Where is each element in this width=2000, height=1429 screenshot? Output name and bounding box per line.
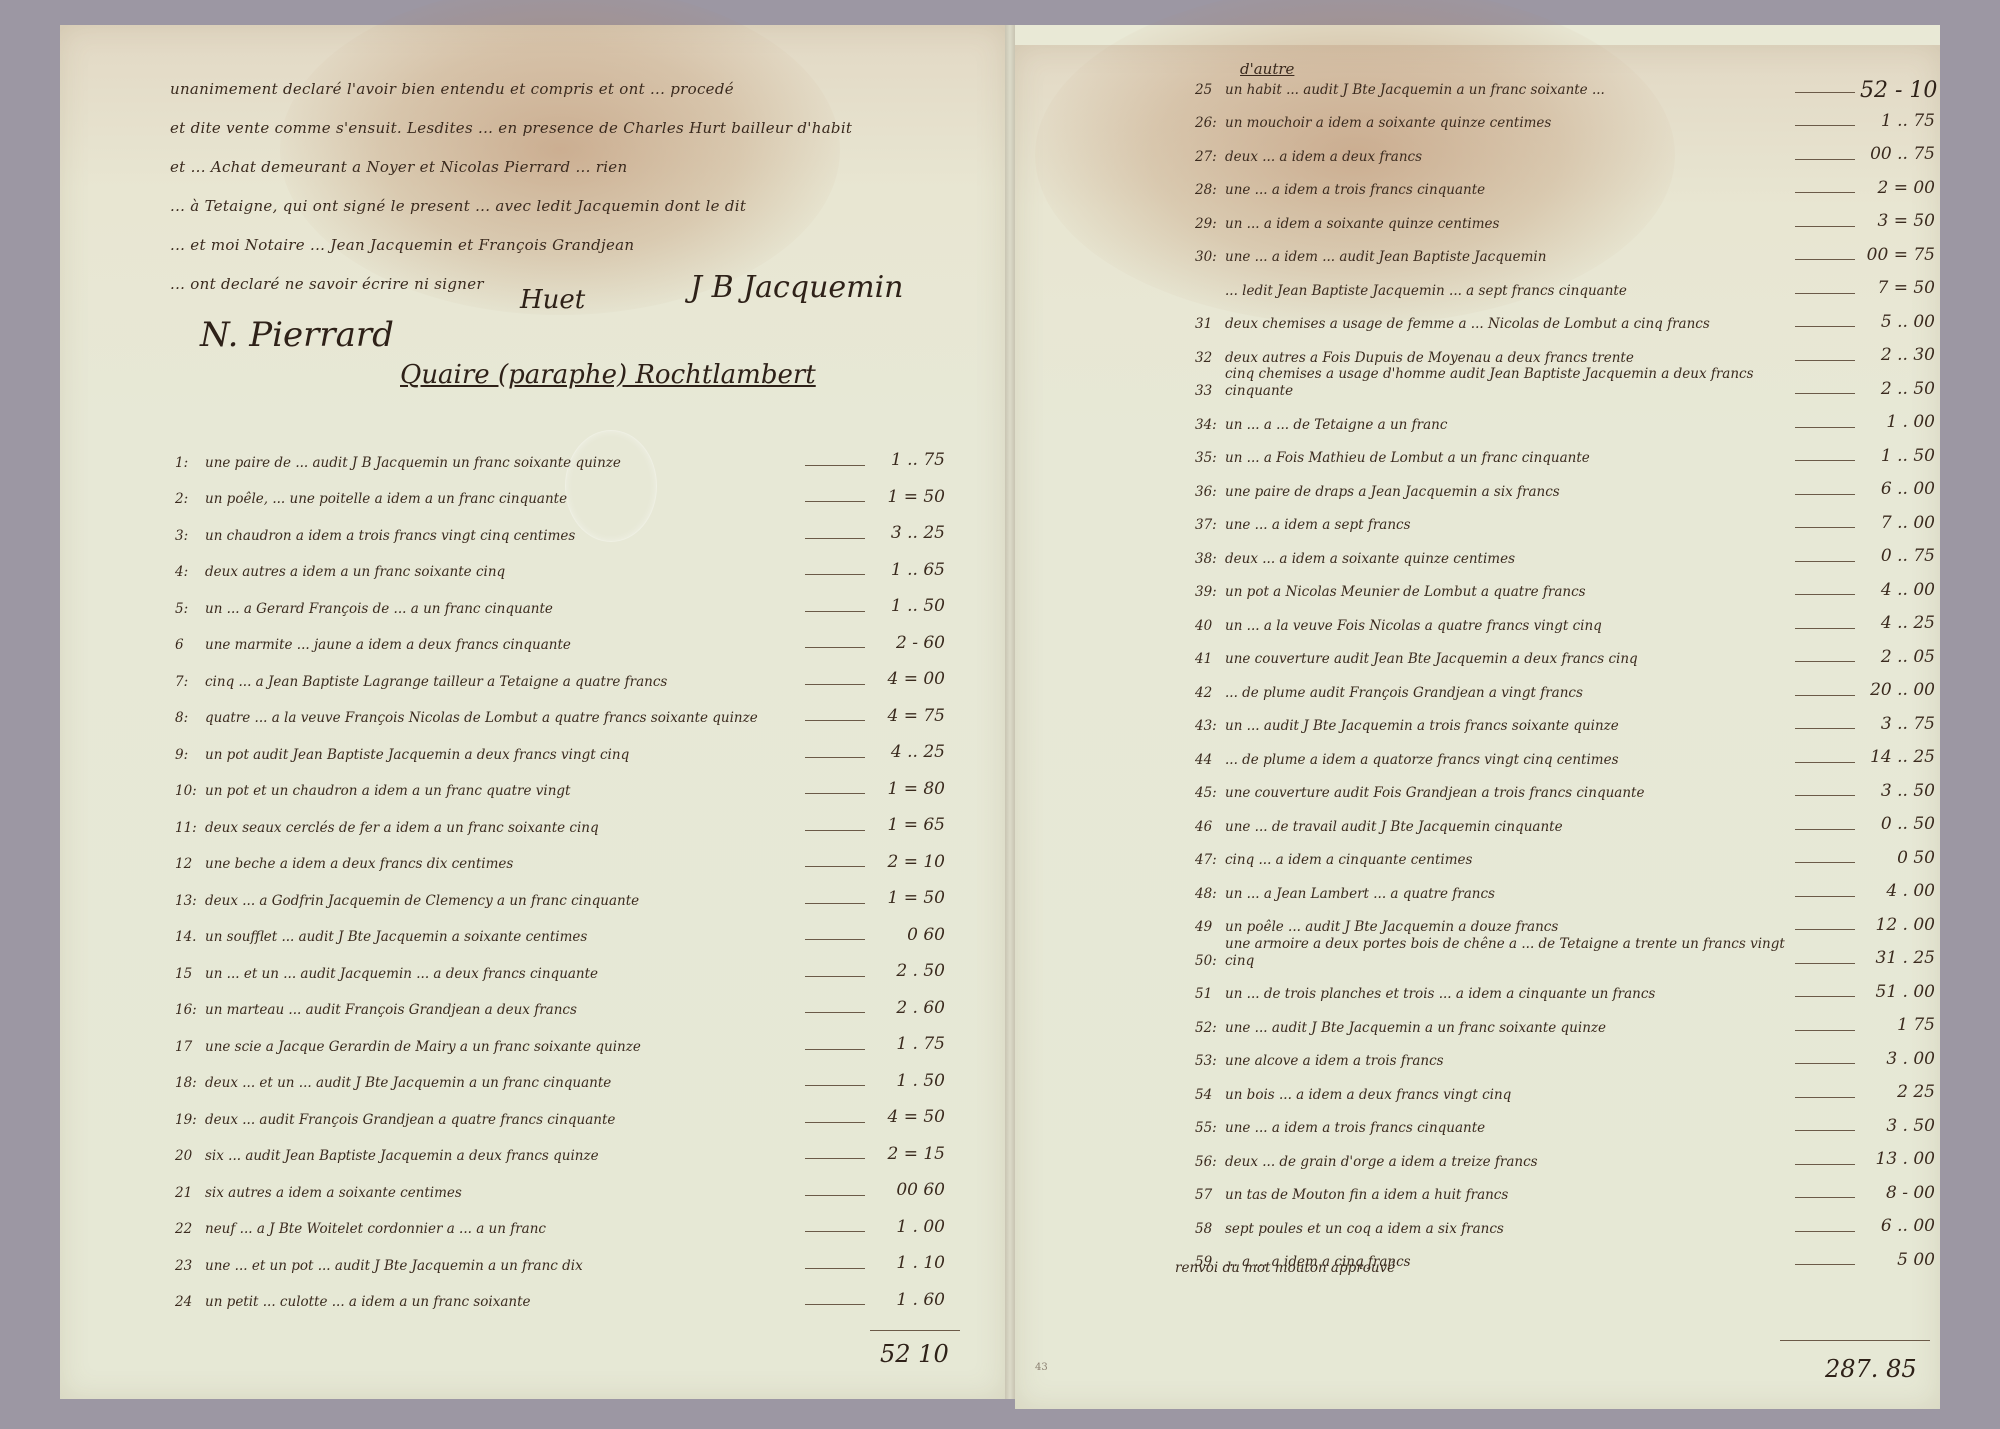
item-number: 2: (175, 491, 205, 508)
inventory-row: 37:une ... a idem a sept francs7 .. 00 (1195, 501, 1935, 535)
leader-line (1795, 393, 1855, 394)
item-description: deux ... a idem a deux francs (1225, 149, 1795, 166)
item-description: un ... de trois planches et trois ... a … (1225, 986, 1795, 1003)
item-description: six autres a idem a soixante centimes (205, 1185, 805, 1202)
item-amount: 1 = 65 (875, 815, 945, 836)
inventory-row: 47:cinq ... a idem a cinquante centimes0… (1195, 836, 1935, 870)
item-amount: 51 . 00 (1865, 982, 1935, 1003)
inventory-row: 57un tas de Mouton fin a idem a huit fra… (1195, 1171, 1935, 1205)
leader-line (1795, 1063, 1855, 1064)
item-number: 30: (1195, 249, 1225, 266)
inventory-row: 10:un pot et un chaudron a idem a un fra… (175, 764, 945, 801)
inventory-row: 5:un ... a Gerard François de ... a un f… (175, 581, 945, 618)
item-amount: 2 25 (1865, 1082, 1935, 1103)
inventory-row: 41une couverture audit Jean Bte Jacquemi… (1195, 635, 1935, 669)
leader-line (805, 684, 865, 685)
inventory-row: 9:un pot audit Jean Baptiste Jacquemin a… (175, 727, 945, 764)
item-description: six ... audit Jean Baptiste Jacquemin a … (205, 1148, 805, 1165)
item-amount: 0 .. 50 (1865, 814, 1935, 835)
item-description: deux seaux cerclés de fer a idem a un fr… (205, 820, 805, 837)
item-amount: 1 .. 75 (1865, 111, 1935, 132)
item-description: deux ... et un ... audit J Bte Jacquemin… (205, 1075, 805, 1092)
leader-line (805, 1158, 865, 1159)
item-description: un ... audit J Bte Jacquemin a trois fra… (1225, 718, 1795, 735)
item-description: deux ... a idem a soixante quinze centim… (1225, 551, 1795, 568)
inventory-row: 25un habit ... audit J Bte Jacquemin a u… (1195, 65, 1935, 99)
item-amount: 7 .. 00 (1865, 513, 1935, 534)
leader-line (805, 1122, 865, 1123)
item-amount: 00 60 (875, 1180, 945, 1201)
item-number: 33 (1195, 383, 1225, 400)
inventory-row: 23une ... et un pot ... audit J Bte Jacq… (175, 1238, 945, 1275)
inventory-row: 29:un ... a idem a soixante quinze centi… (1195, 199, 1935, 233)
item-number: 19: (175, 1112, 205, 1129)
inventory-row: 14.un soufflet ... audit J Bte Jacquemin… (175, 910, 945, 947)
inventory-row: 56:deux ... de grain d'orge a idem a tre… (1195, 1137, 1935, 1171)
item-amount: 2 = 10 (875, 852, 945, 873)
item-description: ... ledit Jean Baptiste Jacquemin ... a … (1225, 283, 1795, 300)
signature-jacquemin: J B Jacquemin (690, 270, 904, 305)
item-number: 37: (1195, 517, 1225, 534)
leader-line (1795, 896, 1855, 897)
item-number: 13: (175, 893, 205, 910)
item-description: quatre ... a la veuve François Nicolas d… (205, 710, 805, 727)
item-description: une paire de ... audit J B Jacquemin un … (205, 455, 805, 472)
item-amount: 00 = 75 (1865, 245, 1935, 266)
item-number: 10: (175, 783, 205, 800)
item-description: ... de plume audit François Grandjean a … (1225, 685, 1795, 702)
inventory-row: 1:une paire de ... audit J B Jacquemin u… (175, 435, 945, 472)
item-amount: 2 - 60 (875, 633, 945, 654)
leader-line (805, 866, 865, 867)
preamble-line: ... et moi Notaire ... Jean Jacquemin et… (170, 226, 930, 265)
item-description: une couverture audit Jean Bte Jacquemin … (1225, 651, 1795, 668)
item-description: un ... a Fois Mathieu de Lombut a un fra… (1225, 450, 1795, 467)
inventory-row: 8:quatre ... a la veuve François Nicolas… (175, 691, 945, 728)
item-description: une scie a Jacque Gerardin de Mairy a un… (205, 1039, 805, 1056)
preamble-line: unanimement declaré l'avoir bien entendu… (170, 70, 930, 109)
item-description: un pot et un chaudron a idem a un franc … (205, 783, 805, 800)
item-amount: 3 . 00 (1865, 1049, 1935, 1070)
inventory-row: 12une beche a idem a deux francs dix cen… (175, 837, 945, 874)
item-amount: 3 .. 25 (875, 523, 945, 544)
item-amount: 2 = 15 (875, 1144, 945, 1165)
item-description: une ... a idem a trois francs cinquante (1225, 182, 1795, 199)
item-amount: 14 .. 25 (1865, 747, 1935, 768)
item-amount: 1 = 50 (875, 888, 945, 909)
inventory-row: 21six autres a idem a soixante centimes0… (175, 1165, 945, 1202)
item-description: un petit ... culotte ... a idem a un fra… (205, 1294, 805, 1311)
item-amount: 0 50 (1865, 848, 1935, 869)
item-amount: 4 = 75 (875, 706, 945, 727)
item-amount: 31 . 25 (1865, 948, 1935, 969)
item-number: 38: (1195, 551, 1225, 568)
item-number: 24 (175, 1294, 205, 1311)
item-number: 36: (1195, 484, 1225, 501)
item-number: 4: (175, 564, 205, 581)
item-number: 57 (1195, 1187, 1225, 1204)
inventory-row: 54un bois ... a idem a deux francs vingt… (1195, 1070, 1935, 1104)
item-number: 28: (1195, 182, 1225, 199)
item-amount: 4 = 00 (875, 669, 945, 690)
leader-line (1795, 1197, 1855, 1198)
leader-line (1795, 963, 1855, 964)
inventory-row: 52:une ... audit J Bte Jacquemin a un fr… (1195, 1003, 1935, 1037)
inventory-row: 18:deux ... et un ... audit J Bte Jacque… (175, 1056, 945, 1093)
item-description: deux chemises a usage de femme a ... Nic… (1225, 316, 1795, 333)
leader-line (1795, 259, 1855, 260)
leader-line (1795, 762, 1855, 763)
leader-line (1795, 125, 1855, 126)
item-number: 44 (1195, 752, 1225, 769)
inventory-row: 33cinq chemises a usage d'homme audit Je… (1195, 367, 1935, 401)
item-description: un habit ... audit J Bte Jacquemin a un … (1225, 82, 1795, 99)
item-amount: 1 . 60 (875, 1290, 945, 1311)
item-description: une ... a idem ... audit Jean Baptiste J… (1225, 249, 1795, 266)
item-number: 53: (1195, 1053, 1225, 1070)
leader-line (805, 720, 865, 721)
item-number: 11: (175, 820, 205, 837)
item-number: 18: (175, 1075, 205, 1092)
preamble-text: unanimement declaré l'avoir bien entendu… (170, 70, 930, 304)
item-number: 52: (1195, 1020, 1225, 1037)
inventory-list-left: 1:une paire de ... audit J B Jacquemin u… (175, 435, 945, 1311)
item-amount: 1 . 50 (875, 1071, 945, 1092)
inventory-row: 42... de plume audit François Grandjean … (1195, 668, 1935, 702)
item-number: 43: (1195, 718, 1225, 735)
item-description: une paire de draps a Jean Jacquemin a si… (1225, 484, 1795, 501)
item-description: un ... a la veuve Fois Nicolas a quatre … (1225, 618, 1795, 635)
center-fold (1005, 25, 1015, 1399)
leader-line (805, 1304, 865, 1305)
signature-huet: Huet (520, 285, 585, 315)
item-number: 49 (1195, 919, 1225, 936)
item-description: une couverture audit Fois Grandjean a tr… (1225, 785, 1795, 802)
item-number: 39: (1195, 584, 1225, 601)
item-description: une beche a idem a deux francs dix centi… (205, 856, 805, 873)
item-amount: 1 .. 50 (1865, 446, 1935, 467)
leader-line (805, 574, 865, 575)
item-amount: 20 .. 00 (1865, 680, 1935, 701)
item-amount: 4 .. 00 (1865, 580, 1935, 601)
leader-line (1795, 628, 1855, 629)
inventory-row: 13:deux ... a Godfrin Jacquemin de Cleme… (175, 873, 945, 910)
total-rule (870, 1330, 960, 1331)
item-number: 9: (175, 747, 205, 764)
item-description: un pot audit Jean Baptiste Jacquemin a d… (205, 747, 805, 764)
inventory-row: 32deux autres a Fois Dupuis de Moyenau a… (1195, 333, 1935, 367)
inventory-row: 31deux chemises a usage de femme a ... N… (1195, 300, 1935, 334)
item-description: sept poules et un coq a idem a six franc… (1225, 1221, 1795, 1238)
item-description: un ... et un ... audit Jacquemin ... a d… (205, 966, 805, 983)
inventory-row: 27:deux ... a idem a deux francs00 .. 75 (1195, 132, 1935, 166)
leader-line (1795, 427, 1855, 428)
leader-line (1795, 929, 1855, 930)
item-number: 41 (1195, 651, 1225, 668)
inventory-row: 34:un ... a ... de Tetaigne a un franc1 … (1195, 400, 1935, 434)
folio-number: 43 (1035, 1362, 1048, 1373)
item-amount: 4 .. 25 (1865, 613, 1935, 634)
item-amount: 6 .. 00 (1865, 479, 1935, 500)
item-amount: 6 .. 00 (1865, 1216, 1935, 1237)
item-number: 54 (1195, 1087, 1225, 1104)
item-amount: 0 .. 75 (1865, 546, 1935, 567)
leader-line (805, 939, 865, 940)
item-amount: 4 = 50 (875, 1107, 945, 1128)
item-number: 47: (1195, 852, 1225, 869)
leader-line (805, 1012, 865, 1013)
item-description: un tas de Mouton fin a idem a huit franc… (1225, 1187, 1795, 1204)
item-amount: 1 . 00 (1865, 412, 1935, 433)
item-number: 27: (1195, 149, 1225, 166)
leader-line (805, 501, 865, 502)
grand-total: 287. 85 (1825, 1355, 1917, 1383)
item-number: 58 (1195, 1221, 1225, 1238)
leader-line (1795, 1264, 1855, 1265)
leader-line (1795, 561, 1855, 562)
leader-line (1795, 996, 1855, 997)
item-amount: 1 75 (1865, 1015, 1935, 1036)
inventory-row: 53:une alcove a idem a trois francs3 . 0… (1195, 1037, 1935, 1071)
item-amount: 3 .. 50 (1865, 781, 1935, 802)
item-amount: 1 . 10 (875, 1253, 945, 1274)
item-description: un ... a Gerard François de ... a un fra… (205, 601, 805, 618)
inventory-row: 35:un ... a Fois Mathieu de Lombut a un … (1195, 434, 1935, 468)
leader-line (805, 1195, 865, 1196)
inventory-row: 15un ... et un ... audit Jacquemin ... a… (175, 946, 945, 983)
leader-line (1795, 661, 1855, 662)
inventory-row: 7:cinq ... a Jean Baptiste Lagrange tail… (175, 654, 945, 691)
item-description: une ... a idem a trois francs cinquante (1225, 1120, 1795, 1137)
left-page-total: 52 10 (880, 1340, 949, 1368)
leader-line (805, 903, 865, 904)
inventory-row: 40un ... a la veuve Fois Nicolas a quatr… (1195, 601, 1935, 635)
item-amount: 00 .. 75 (1865, 144, 1935, 165)
item-amount: 1 = 50 (875, 487, 945, 508)
leader-line (1795, 1231, 1855, 1232)
leader-line (1795, 293, 1855, 294)
leader-line (805, 1231, 865, 1232)
item-amount: 2 .. 05 (1865, 647, 1935, 668)
leader-line (805, 538, 865, 539)
inventory-row: ... ledit Jean Baptiste Jacquemin ... a … (1195, 266, 1935, 300)
leader-line (1795, 795, 1855, 796)
inventory-row: 22neuf ... a J Bte Woitelet cordonnier a… (175, 1202, 945, 1239)
inventory-row: 36:une paire de draps a Jean Jacquemin a… (1195, 467, 1935, 501)
inventory-row: 24un petit ... culotte ... a idem a un f… (175, 1275, 945, 1312)
leader-line (1795, 159, 1855, 160)
item-amount: 4 . 00 (1865, 881, 1935, 902)
item-description: un poêle, ... une poitelle a idem a un f… (205, 491, 805, 508)
item-number: 55: (1195, 1120, 1225, 1137)
item-number: 45: (1195, 785, 1225, 802)
inventory-row: 3:un chaudron a idem a trois francs ving… (175, 508, 945, 545)
item-amount: 1 .. 75 (875, 450, 945, 471)
item-description: deux ... a Godfrin Jacquemin de Clemency… (205, 893, 805, 910)
item-amount: 2 . 50 (875, 961, 945, 982)
leader-line (805, 1049, 865, 1050)
item-number: 16: (175, 1002, 205, 1019)
leader-line (1795, 594, 1855, 595)
leader-line (1795, 695, 1855, 696)
leader-line (1795, 192, 1855, 193)
item-number: 15 (175, 966, 205, 983)
item-number: 46 (1195, 819, 1225, 836)
inventory-row: 26:un mouchoir a idem a soixante quinze … (1195, 99, 1935, 133)
inventory-row: 39:un pot a Nicolas Meunier de Lombut a … (1195, 568, 1935, 602)
item-number: 31 (1195, 316, 1225, 333)
item-amount: 3 .. 75 (1865, 714, 1935, 735)
item-number: 14. (175, 929, 205, 946)
total-rule (1780, 1340, 1930, 1341)
item-number: 8: (175, 710, 205, 727)
item-description: cinq ... a Jean Baptiste Lagrange taille… (205, 674, 805, 691)
item-description: deux ... audit François Grandjean a quat… (205, 1112, 805, 1129)
item-description: deux ... de grain d'orge a idem a treize… (1225, 1154, 1795, 1171)
item-amount: 13 . 00 (1865, 1149, 1935, 1170)
item-description: un soufflet ... audit J Bte Jacquemin a … (205, 929, 805, 946)
item-amount: 3 = 50 (1865, 211, 1935, 232)
item-description: cinq ... a idem a cinquante centimes (1225, 852, 1795, 869)
leader-line (805, 793, 865, 794)
item-description: un bois ... a idem a deux francs vingt c… (1225, 1087, 1795, 1104)
inventory-row: 44... de plume a idem a quatorze francs … (1195, 735, 1935, 769)
leader-line (805, 611, 865, 612)
inventory-row: 11:deux seaux cerclés de fer a idem a un… (175, 800, 945, 837)
leader-line (1795, 1130, 1855, 1131)
item-number: 23 (175, 1258, 205, 1275)
item-number: 6 (175, 637, 205, 654)
inventory-row: 45:une couverture audit Fois Grandjean a… (1195, 769, 1935, 803)
inventory-row: 28:une ... a idem a trois francs cinquan… (1195, 166, 1935, 200)
item-number: 56: (1195, 1154, 1225, 1171)
leader-line (1795, 1097, 1855, 1098)
leader-line (1795, 1164, 1855, 1165)
inventory-row: 43:un ... audit J Bte Jacquemin a trois … (1195, 702, 1935, 736)
inventory-row: 58sept poules et un coq a idem a six fra… (1195, 1204, 1935, 1238)
item-description: un pot a Nicolas Meunier de Lombut a qua… (1225, 584, 1795, 601)
leader-line (1795, 226, 1855, 227)
leader-line (805, 1268, 865, 1269)
item-description: un ... a idem a soixante quinze centimes (1225, 216, 1795, 233)
item-description: un chaudron a idem a trois francs vingt … (205, 528, 805, 545)
preamble-line: ... à Tetaigne, qui ont signé le present… (170, 187, 930, 226)
leader-line (805, 1085, 865, 1086)
leader-line (805, 976, 865, 977)
item-description: une ... et un pot ... audit J Bte Jacque… (205, 1258, 805, 1275)
item-amount: 1 .. 50 (875, 596, 945, 617)
item-number: 42 (1195, 685, 1225, 702)
item-amount: 8 - 00 (1865, 1183, 1935, 1204)
item-amount: 3 . 50 (1865, 1116, 1935, 1137)
item-description: deux autres a Fois Dupuis de Moyenau a d… (1225, 350, 1795, 367)
item-number: 40 (1195, 618, 1225, 635)
leader-line (1795, 494, 1855, 495)
leader-line (805, 465, 865, 466)
inventory-row: 4:deux autres a idem a un franc soixante… (175, 545, 945, 582)
item-description: un mouchoir a idem a soixante quinze cen… (1225, 115, 1795, 132)
inventory-row: 17une scie a Jacque Gerardin de Mairy a … (175, 1019, 945, 1056)
leader-line (805, 757, 865, 758)
item-number: 48: (1195, 886, 1225, 903)
item-number: 21 (175, 1185, 205, 1202)
marginal-note: renvoi du mot mouton approuvé (1175, 1260, 1395, 1276)
item-number: 5: (175, 601, 205, 618)
item-amount: 1 . 00 (875, 1217, 945, 1238)
item-description: une armoire a deux portes bois de chêne … (1225, 936, 1795, 970)
item-description: une ... audit J Bte Jacquemin a un franc… (1225, 1020, 1795, 1037)
item-description: une ... de travail audit J Bte Jacquemin… (1225, 819, 1795, 836)
inventory-row: 2:un poêle, ... une poitelle a idem a un… (175, 472, 945, 509)
item-description: un ... a ... de Tetaigne a un franc (1225, 417, 1795, 434)
item-description: une alcove a idem a trois francs (1225, 1053, 1795, 1070)
item-amount: 2 . 60 (875, 998, 945, 1019)
item-number: 32 (1195, 350, 1225, 367)
leader-line (805, 647, 865, 648)
item-number: 7: (175, 674, 205, 691)
preamble-line: et ... Achat demeurant a Noyer et Nicola… (170, 148, 930, 187)
item-description: un marteau ... audit François Grandjean … (205, 1002, 805, 1019)
item-description: ... de plume a idem a quatorze francs vi… (1225, 752, 1795, 769)
preamble-line: et dite vente comme s'ensuit. Lesdites .… (170, 109, 930, 148)
item-number: 34: (1195, 417, 1225, 434)
leader-line (1795, 326, 1855, 327)
item-amount: 0 60 (875, 925, 945, 946)
item-amount: 12 . 00 (1865, 915, 1935, 936)
item-amount: 2 .. 50 (1865, 379, 1935, 400)
inventory-row: 19:deux ... audit François Grandjean a q… (175, 1092, 945, 1129)
leader-line (805, 830, 865, 831)
inventory-row: 46une ... de travail audit J Bte Jacquem… (1195, 802, 1935, 836)
inventory-row: 50:une armoire a deux portes bois de chê… (1195, 936, 1935, 970)
inventory-list-right: 25un habit ... audit J Bte Jacquemin a u… (1195, 65, 1935, 1271)
item-number: 50: (1195, 953, 1225, 970)
leader-line (1795, 862, 1855, 863)
item-number: 12 (175, 856, 205, 873)
item-description: deux autres a idem a un franc soixante c… (205, 564, 805, 581)
inventory-row: 6une marmite ... jaune a idem a deux fra… (175, 618, 945, 655)
leader-line (1795, 460, 1855, 461)
item-description: une ... a idem a sept francs (1225, 517, 1795, 534)
item-amount: 2 .. 30 (1865, 345, 1935, 366)
inventory-row: 38:deux ... a idem a soixante quinze cen… (1195, 534, 1935, 568)
leader-line (1795, 829, 1855, 830)
item-amount: 7 = 50 (1865, 278, 1935, 299)
item-number: 3: (175, 528, 205, 545)
leader-line (1795, 728, 1855, 729)
inventory-row: 30:une ... a idem ... audit Jean Baptist… (1195, 233, 1935, 267)
inventory-row: 48:un ... a Jean Lambert ... a quatre fr… (1195, 869, 1935, 903)
item-amount: 1 .. 65 (875, 560, 945, 581)
item-amount: 4 .. 25 (875, 742, 945, 763)
item-description: cinq chemises a usage d'homme audit Jean… (1225, 366, 1795, 400)
inventory-row: 55:une ... a idem a trois francs cinquan… (1195, 1104, 1935, 1138)
inventory-row: 16:un marteau ... audit François Grandje… (175, 983, 945, 1020)
item-number: 51 (1195, 986, 1225, 1003)
inventory-row: 49un poêle ... audit J Bte Jacquemin a d… (1195, 903, 1935, 937)
item-amount: 5 .. 00 (1865, 312, 1935, 333)
item-amount: 5 00 (1865, 1250, 1935, 1271)
item-number: 26: (1195, 115, 1225, 132)
item-amount: 1 . 75 (875, 1034, 945, 1055)
item-description: neuf ... a J Bte Woitelet cordonnier a .… (205, 1221, 805, 1238)
item-number: 35: (1195, 450, 1225, 467)
item-number: 17 (175, 1039, 205, 1056)
inventory-row: 51un ... de trois planches et trois ... … (1195, 970, 1935, 1004)
item-description: un poêle ... audit J Bte Jacquemin a dou… (1225, 919, 1795, 936)
item-amount: 1 = 80 (875, 779, 945, 800)
item-description: un ... a Jean Lambert ... a quatre franc… (1225, 886, 1795, 903)
